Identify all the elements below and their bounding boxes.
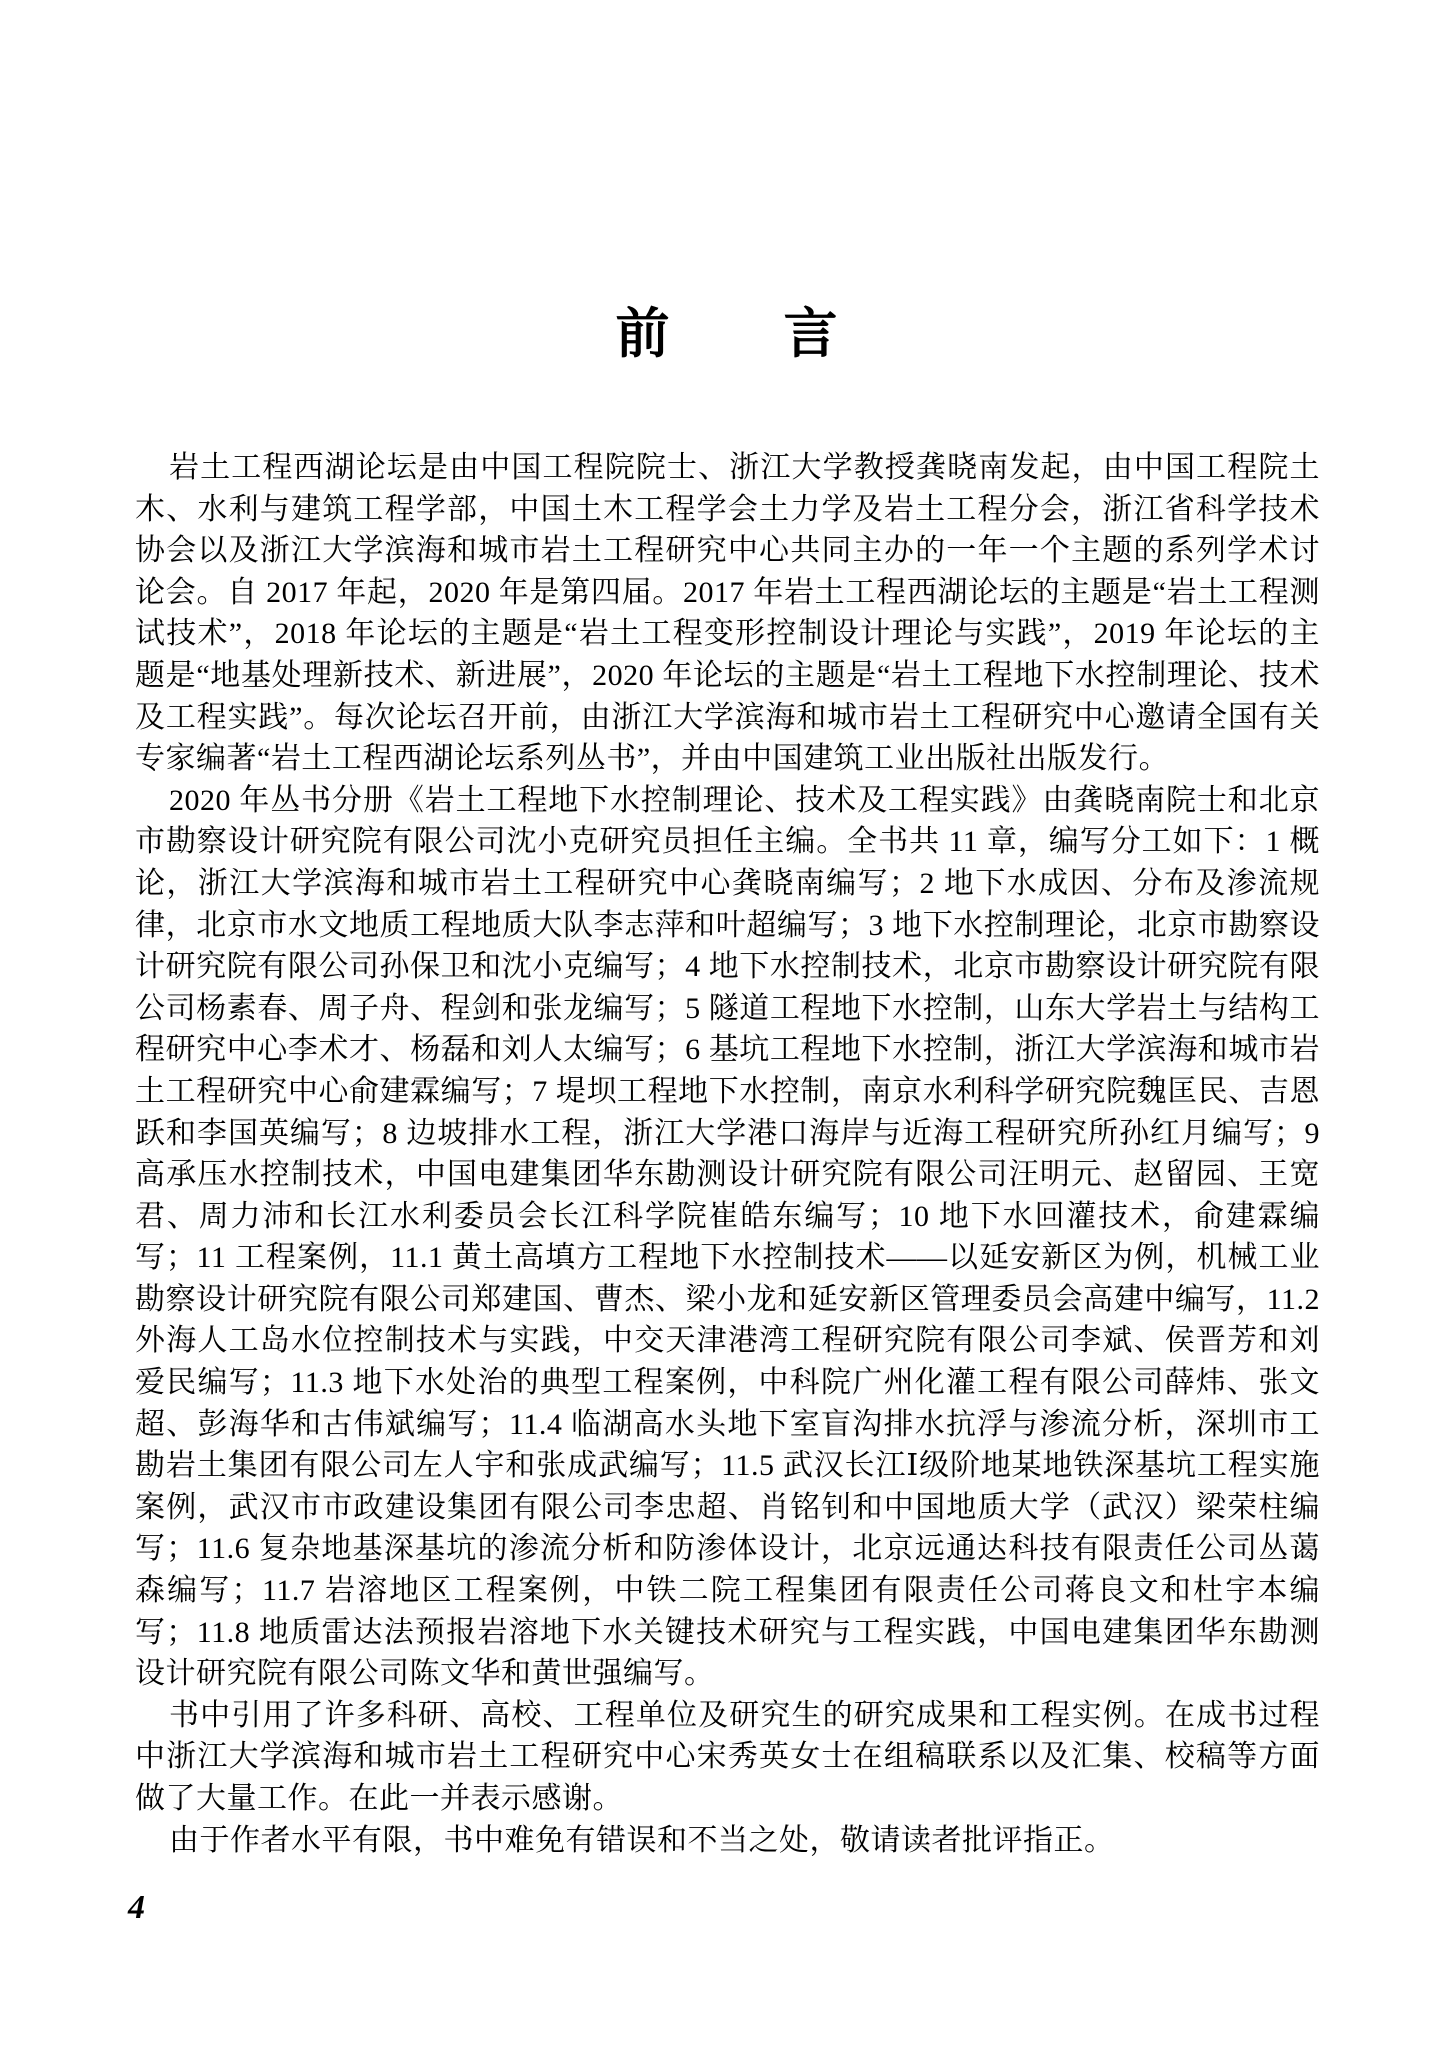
page-content: 前 言 岩土工程西湖论坛是由中国工程院院士、浙江大学教授龚晓南发起，由中国工程院… (135, 301, 1320, 1861)
preface-paragraph-3: 书中引用了许多科研、高校、工程单位及研究生的研究成果和工程实例。在成书过程中浙江… (135, 1695, 1320, 1820)
page-title: 前 言 (135, 301, 1320, 367)
book-preface-page: 前 言 岩土工程西湖论坛是由中国工程院院士、浙江大学教授龚晓南发起，由中国工程院… (0, 0, 1450, 2048)
preface-body: 岩土工程西湖论坛是由中国工程院院士、浙江大学教授龚晓南发起，由中国工程院土木、水… (135, 447, 1320, 1861)
preface-paragraph-4: 由于作者水平有限，书中难免有错误和不当之处，敬请读者批评指正。 (135, 1820, 1320, 1862)
page-number: 4 (128, 1888, 145, 1928)
preface-paragraph-2: 2020 年丛书分册《岩土工程地下水控制理论、技术及工程实践》由龚晓南院士和北京… (135, 780, 1320, 1695)
preface-paragraph-1: 岩土工程西湖论坛是由中国工程院院士、浙江大学教授龚晓南发起，由中国工程院土木、水… (135, 447, 1320, 780)
